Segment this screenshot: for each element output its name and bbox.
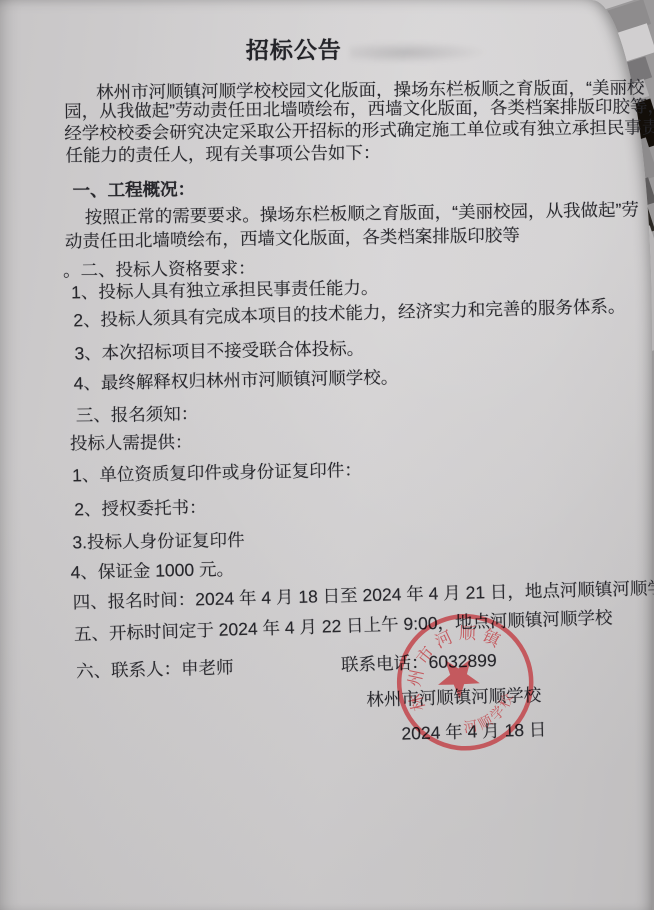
announcement-body: 招标公告 林州市河顺镇河顺学校校园文化版面，操场东栏板顺之育版面，“美丽校 园，…	[0, 0, 654, 910]
official-seal-stamp: 林州市河顺镇 河顺学校	[379, 596, 552, 769]
section3-item: 4、保证金 1000 元。	[70, 556, 234, 584]
section1-heading: 一、工程概况：	[72, 176, 195, 202]
intro-line: 任能力的责任人，现有关事项公告如下：	[65, 140, 380, 168]
section3-heading: 三、报名须知：	[76, 401, 199, 428]
title-smudge	[350, 41, 488, 64]
section3-item: 1、单位资质复印件或身份证复印件：	[72, 457, 362, 488]
section2-item: 3、本次招标项目不接受联合体投标。	[74, 335, 364, 365]
section3-item: 2、授权委托书：	[74, 494, 207, 521]
document-photo: 招标公告 林州市河顺镇河顺学校校园文化版面，操场东栏板顺之育版面，“美丽校 园，…	[0, 0, 654, 910]
seal-inner-text: 河顺学校	[456, 683, 524, 744]
section3-item: 3.投标人身份证复印件	[72, 527, 244, 554]
section6-line: 六、联系人：申老师	[76, 654, 234, 683]
section2-item: 4、最终解释权归林州市河顺镇河顺学校。	[73, 364, 398, 395]
section3-intro: 投标人需提供：	[70, 429, 193, 455]
page-title: 招标公告	[246, 32, 342, 66]
section1-line: 动责任田北墙喷绘布，西墙文化版面，各类档案排版印胶等	[65, 222, 520, 253]
